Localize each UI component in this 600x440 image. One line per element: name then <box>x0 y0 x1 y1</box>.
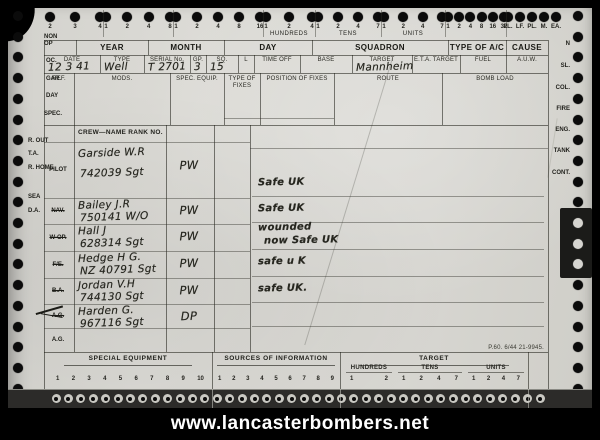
watermark-bar: www.lancasterbombers.net <box>0 408 600 440</box>
special-equipment-numbers: 12345678910 <box>56 376 204 384</box>
rule-line <box>315 10 316 37</box>
punch-hole-center <box>104 397 108 401</box>
rule-line <box>44 142 250 143</box>
scanned-card-page: 2341248124816124HUNDREDS1247TENS1247UNIT… <box>0 0 600 440</box>
punch-column-number: 4 <box>103 376 106 384</box>
rule-line <box>252 196 544 197</box>
punch-hole-dot <box>515 12 525 22</box>
punch-column-number: 2 <box>420 376 423 384</box>
rule-line <box>44 55 548 56</box>
punch-hole-dot <box>573 342 583 352</box>
target-subgroup-caption: HUNDREDS <box>346 365 392 373</box>
punch-hole-dot <box>573 115 583 125</box>
rule-line <box>173 10 174 37</box>
punch-hole-dot <box>488 12 498 22</box>
rule-line <box>44 73 548 74</box>
rule-line <box>340 389 341 408</box>
rule-line <box>214 125 215 352</box>
punch-column-number: 1 <box>98 24 114 30</box>
punch-hole-dot <box>13 94 23 104</box>
card-detail-layer: 2341248124816124HUNDREDS1247TENS1247UNIT… <box>0 0 600 440</box>
punch-hole-dot <box>70 12 80 22</box>
field-value-handwritten: Well <box>104 62 128 73</box>
punch-hole-center <box>153 397 157 401</box>
crew-number-entry: 628314 Sgt <box>80 237 144 250</box>
punch-hole-dot <box>573 32 583 42</box>
target-numbers: 1247 <box>472 376 520 384</box>
punch-column-number: 1 <box>310 24 326 30</box>
punch-hole-dot <box>13 11 23 21</box>
punch-hole-dot <box>527 12 537 22</box>
punch-hole-center <box>488 397 492 401</box>
punch-hole-dot <box>13 52 23 62</box>
punch-hole-dot <box>234 12 244 22</box>
punch-hole-center <box>377 397 381 401</box>
punch-column-number: 2 <box>72 376 75 384</box>
punch-hole-dot <box>13 301 23 311</box>
punch-column-number: 1 <box>56 376 59 384</box>
crew-status-entry: DP <box>166 310 212 323</box>
punch-hole-dot <box>573 322 583 332</box>
left-rail-label: D.A. <box>28 208 54 215</box>
punch-column-number: 2 <box>385 376 388 384</box>
punch-column-number: 1 <box>168 24 184 30</box>
rule-line <box>44 125 548 126</box>
punch-column-number: 1 <box>376 24 392 30</box>
rule-line <box>103 10 104 37</box>
punch-column-number: 5 <box>119 376 122 384</box>
column-header: MONTH <box>148 44 224 52</box>
crew-role-label: F/E. <box>44 262 72 268</box>
field-value-handwritten: T 2701 <box>148 61 187 73</box>
crew-role-label: B.A. <box>44 288 72 294</box>
punch-hole-center <box>116 397 120 401</box>
rule-line <box>212 352 213 389</box>
sources-numbers: 123456789 <box>218 376 334 384</box>
punch-hole-center <box>290 397 294 401</box>
right-rail-label: SL. <box>538 63 570 70</box>
crew-status-entry: PW <box>166 159 212 172</box>
punch-hole-center <box>426 397 430 401</box>
punch-hole-dot <box>284 12 294 22</box>
punch-column-number: 2 <box>42 24 58 30</box>
punch-hole-dot <box>13 342 23 352</box>
punch-hole-center <box>389 397 393 401</box>
punch-hole-dot <box>573 94 583 104</box>
punch-hole-center <box>166 397 170 401</box>
rule-line <box>224 118 334 119</box>
punch-hole-center <box>178 397 182 401</box>
punch-hole-dot <box>573 301 583 311</box>
punch-column-number: 3 <box>246 376 249 384</box>
punch-column-number: 4 <box>210 24 226 30</box>
watermark-url: www.lancasterbombers.net <box>171 413 429 435</box>
punch-column-number: 6 <box>134 376 137 384</box>
crew-remark-entry: now Safe UK <box>264 235 339 246</box>
punch-hole-center <box>253 397 257 401</box>
punch-hole-dot <box>122 12 132 22</box>
punch-hole-dot <box>551 12 561 22</box>
column-header: YEAR <box>76 44 148 52</box>
punch-hole-dot <box>573 135 583 145</box>
punch-column-number: 4 <box>415 24 431 30</box>
punch-hole-dot <box>503 12 513 22</box>
punch-hole-dot <box>13 259 23 269</box>
left-rail-label: GAR. <box>46 76 72 83</box>
punch-hole-dot <box>13 115 23 125</box>
punch-hole-dot <box>144 12 154 22</box>
punch-hole-dot <box>398 12 408 22</box>
punch-hole-center <box>513 397 517 401</box>
rule-line <box>445 10 446 37</box>
punch-hole-dot <box>13 156 23 166</box>
punch-hole-center <box>228 397 232 401</box>
crew-number-entry: 744130 Sgt <box>80 291 144 304</box>
column-header: SQUADRON <box>312 44 448 52</box>
field-label: FUEL <box>460 57 506 64</box>
field-label: BASE <box>300 57 352 64</box>
punch-hole-dot <box>45 12 55 22</box>
punch-hole-dot <box>573 52 583 62</box>
punch-hole-center <box>439 397 443 401</box>
punch-hole-dot <box>573 363 583 373</box>
punch-group-caption: TENS <box>310 31 386 37</box>
rule-line <box>252 326 544 327</box>
rule-line <box>74 125 75 352</box>
rule-line <box>44 304 250 305</box>
left-rail-label: T.A. <box>28 151 54 158</box>
crew-remark-entry: wounded <box>258 223 312 234</box>
punch-column-number: 2 <box>330 24 346 30</box>
punch-column-number: 1 <box>350 376 353 384</box>
punch-hole-dot <box>213 12 223 22</box>
punch-hole-dot <box>573 156 583 166</box>
punch-column-number: 10 <box>197 376 204 384</box>
punch-column-number: 8 <box>166 376 169 384</box>
punch-hole-dot <box>13 322 23 332</box>
left-rail-label: NON OP <box>44 34 70 47</box>
left-rail-label: R. OUT <box>28 138 54 145</box>
punch-column-number: 1 <box>402 376 405 384</box>
section-column-label: SPEC. EQUIP. <box>171 76 223 83</box>
left-rail-label: R. HOME <box>28 165 54 172</box>
crew-status-entry: PW <box>166 204 212 217</box>
rule-line <box>252 276 544 277</box>
punch-column-number: 3 <box>87 376 90 384</box>
punch-hole-center <box>302 397 306 401</box>
left-rail-label: DAY <box>46 93 72 100</box>
crew-number-entry: 742039 Sgt <box>80 167 144 180</box>
rule-line <box>44 328 250 329</box>
punch-column-number: 4 <box>141 24 157 30</box>
punch-hole-center <box>414 397 418 401</box>
punch-column-number: 4 <box>502 376 505 384</box>
punch-column-number: 2 <box>119 24 135 30</box>
section-column-label: BOMB LOAD <box>443 76 547 83</box>
punch-hole-center <box>464 397 468 401</box>
punch-hole-dot <box>454 12 464 22</box>
crew-role-label: A.G. <box>44 337 72 343</box>
punch-hole-dot <box>333 12 343 22</box>
punch-hole-dot <box>573 73 583 83</box>
punch-column-number: 2 <box>232 376 235 384</box>
crew-role-label: W-OP. <box>44 235 72 241</box>
target-numbers: 1247 <box>402 376 458 384</box>
rule-line <box>252 249 544 250</box>
rule-line <box>44 224 250 225</box>
punch-group-caption: UNITS <box>376 31 450 37</box>
punch-hole-center <box>215 397 219 401</box>
punch-column-number: 1 <box>218 376 221 384</box>
rule-line <box>250 148 548 149</box>
punch-hole-center <box>364 397 368 401</box>
rule-line <box>528 389 529 408</box>
field-value-handwritten: 15 <box>210 62 224 73</box>
target-subgroup-caption: TENS <box>398 365 462 373</box>
crew-remark-entry: Safe UK <box>258 178 305 189</box>
punch-column-number: 4 <box>437 376 440 384</box>
crew-number-entry: 750141 W/O <box>80 211 149 224</box>
crew-status-entry: PW <box>166 230 212 243</box>
punch-column-number: 8 <box>317 376 320 384</box>
rule-line <box>44 198 250 199</box>
rule-line <box>250 125 251 352</box>
punch-hole-dot <box>13 177 23 187</box>
left-rail-label: SPEC. <box>44 111 70 118</box>
punch-hole-dot <box>573 197 583 207</box>
rule-line <box>548 40 549 389</box>
crew-status-entry: PW <box>166 257 212 270</box>
crew-name-entry: Hall J <box>78 226 107 237</box>
left-rail-label: OC. <box>46 58 72 65</box>
punch-column-number: 2 <box>395 24 411 30</box>
punch-hole-dot <box>13 73 23 83</box>
sources-of-information-header: SOURCES OF INFORMATION <box>217 356 335 366</box>
crew-table-header: CREW—NAME RANK NO. <box>78 129 163 136</box>
punch-column-number: 4 <box>350 24 366 30</box>
punch-column-number: 2 <box>487 376 490 384</box>
punch-hole-dot <box>353 12 363 22</box>
punch-hole-center <box>501 397 505 401</box>
punch-hole-dot <box>13 135 23 145</box>
punch-hole-center <box>141 397 145 401</box>
punch-hole-center <box>352 397 356 401</box>
crew-remark-entry: safe UK. <box>258 284 308 295</box>
punch-hole-dot <box>13 363 23 373</box>
rule-line <box>44 352 548 353</box>
punch-hole-dot <box>573 218 583 228</box>
punch-column-number: 7 <box>517 376 520 384</box>
rule-line <box>528 352 529 389</box>
punch-column-number: 9 <box>331 376 334 384</box>
punch-column-number: 7 <box>150 376 153 384</box>
field-label: E.T.A. TARGET <box>412 57 460 64</box>
target-numbers: 12 <box>350 376 388 384</box>
rule-line <box>44 278 250 279</box>
crew-number-entry: NZ 40791 Sgt <box>80 264 156 277</box>
punch-hole-center <box>54 397 58 401</box>
punch-column-number: 7 <box>302 376 305 384</box>
punch-hole-center <box>79 397 83 401</box>
form-print-reference: P.60. 6/44 21-9945. <box>450 345 544 351</box>
right-rail-label: COL. <box>538 85 570 92</box>
crew-remark-entry: safe u K <box>258 257 306 268</box>
punch-hole-dot <box>192 12 202 22</box>
punch-column-number: 6 <box>288 376 291 384</box>
punch-hole-center <box>327 397 331 401</box>
field-label: TIME OFF <box>254 57 300 64</box>
punch-hole-dot <box>418 12 428 22</box>
punch-hole-dot <box>13 197 23 207</box>
crew-name-entry: Garside W.R <box>78 147 146 160</box>
rule-line <box>506 10 507 37</box>
punch-hole-center <box>203 397 207 401</box>
right-rail-label: N <box>538 41 570 48</box>
punch-hole-dot <box>13 32 23 42</box>
crew-name-entry: Bailey J.R <box>78 199 131 211</box>
punch-column-number: 2 <box>189 24 205 30</box>
field-value-handwritten: 3 <box>194 62 201 73</box>
punch-column-number: 3 <box>67 24 83 30</box>
crew-number-entry: 967116 Sgt <box>80 317 144 330</box>
rule-line <box>340 352 341 389</box>
punch-column-number: 2 <box>281 24 297 30</box>
rule-line <box>44 40 548 41</box>
rule-line <box>212 389 213 408</box>
crew-status-entry: PW <box>166 284 212 297</box>
punch-hole-center <box>476 397 480 401</box>
punch-hole-center <box>451 397 455 401</box>
punch-column-number: 8 <box>231 24 247 30</box>
punch-hole-dot <box>477 12 487 22</box>
punch-hole-center <box>91 397 95 401</box>
punch-column-number: 5 <box>274 376 277 384</box>
punch-hole-center <box>240 397 244 401</box>
punch-hole-dot <box>539 12 549 22</box>
rule-line <box>381 10 382 37</box>
punch-column-number: 4 <box>260 376 263 384</box>
field-label: L <box>238 57 254 64</box>
punch-hole-dot <box>13 218 23 228</box>
punch-hole-dot <box>13 239 23 249</box>
rule-line <box>252 302 544 303</box>
crew-remark-entry: Safe UK <box>258 204 305 215</box>
section-column-label: MODS. <box>75 76 169 83</box>
field-value-handwritten: Mannheim <box>356 61 414 73</box>
section-column-label: POSITION OF FIXES <box>261 76 333 83</box>
right-rail-label: FIRE <box>538 106 570 113</box>
punch-hole-center <box>191 397 195 401</box>
punch-hole-dot <box>573 177 583 187</box>
crew-role-label: A.G. <box>44 313 72 319</box>
left-rail-label: SEA <box>28 194 54 201</box>
punch-hole-center <box>277 397 281 401</box>
right-rail-label: ENG. <box>538 127 570 134</box>
punch-column-number: 9 <box>182 376 185 384</box>
right-rail-label: TANK <box>538 148 570 155</box>
punch-column-number: EA. <box>548 24 564 30</box>
punch-column-number: 7 <box>455 376 458 384</box>
column-header: TYPE OF A/C <box>448 44 506 52</box>
section-column-label: ROUTE <box>335 76 441 83</box>
rule-line <box>263 10 264 37</box>
section-column-label: TYPE OF FIXES <box>225 76 259 90</box>
punch-hole-dot <box>465 12 475 22</box>
punch-hole-center <box>315 397 319 401</box>
right-rail-label: CONT. <box>538 170 570 177</box>
punch-hole-center <box>538 397 542 401</box>
target-subgroup-caption: UNITS <box>468 365 524 373</box>
punch-hole-dot <box>573 11 583 21</box>
punch-column-number: 1 <box>472 376 475 384</box>
special-equipment-header: SPECIAL EQUIPMENT <box>64 356 192 366</box>
punch-hole-dot <box>13 280 23 290</box>
punch-hole-dot <box>573 239 583 249</box>
punch-column-number: 1 <box>258 24 274 30</box>
rule-line <box>44 251 250 252</box>
punch-hole-center <box>265 397 269 401</box>
column-header: DAY <box>224 44 312 52</box>
punch-hole-dot <box>573 280 583 290</box>
